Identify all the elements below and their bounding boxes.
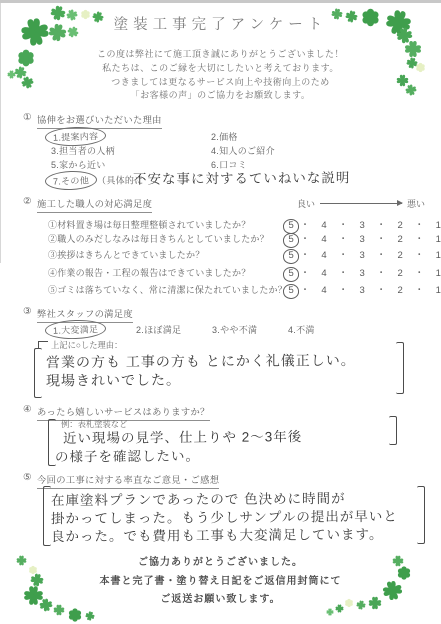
right-bracket bbox=[389, 416, 397, 445]
rating-5-circled: 5 bbox=[283, 283, 300, 299]
footer-thanks: ご協力ありがとうございました。 本書と完了書・塗り替え日記をご返信用封筒にて ご… bbox=[0, 554, 441, 610]
handwritten-other-reason: 不安な事に対するていねいな説明 bbox=[133, 166, 351, 188]
section-number: ③ bbox=[23, 306, 32, 317]
section-heading: 今回の工事に対する率直なご意見・ご感想 bbox=[37, 472, 219, 489]
scale-good-label: 良い bbox=[297, 197, 315, 210]
option-referral: 4.知人のご紹介 bbox=[211, 144, 275, 157]
rating-5-circled: 5 bbox=[283, 232, 300, 248]
question-greetings: ③挨拶はきちんとできていましたか？ bbox=[48, 248, 204, 261]
handwritten-reason-line: 現場きれいでした。 bbox=[46, 370, 181, 391]
left-bracket bbox=[34, 348, 42, 398]
option-near-home: 5.家から近い bbox=[51, 158, 106, 171]
section-number: ② bbox=[23, 196, 32, 207]
question-material-storage: ①材料置き場は毎日整理整頓されていましたか？ bbox=[48, 218, 250, 231]
section-honest-feedback: ⑤ 今回の工事に対する率直なご意見・ご感想 在庫塗料プランであったので 色決めに… bbox=[0, 472, 441, 550]
survey-scan-page: 塗装工事完了アンケート この度は弊社にて施工頂き誠にありがとうございました！ 私… bbox=[0, 0, 441, 624]
right-bracket bbox=[417, 486, 425, 544]
scan-edge-artifact bbox=[0, 0, 441, 3]
option-mostly-satisfied: 2.ほぼ満足 bbox=[136, 323, 181, 336]
handwritten-service-line: 近い現場の見学、仕上りや 2～3年後 bbox=[63, 425, 302, 447]
footer-line: 本書と完了書・塗り替え日記をご返信用封筒にて bbox=[0, 573, 441, 592]
question-cleanliness: ⑤ゴミは落ちていなく、常に清潔に保たれていましたか？ bbox=[48, 283, 287, 296]
option-very-satisfied-selected: 1.大変満足 bbox=[45, 319, 107, 340]
arrow-right-icon bbox=[320, 203, 402, 204]
page-title: 塗装工事完了アンケート bbox=[0, 13, 441, 34]
clover-icon bbox=[84, 610, 96, 622]
rating-scale-header: 良い 悪い bbox=[297, 197, 425, 210]
section-number: ⑤ bbox=[23, 472, 32, 483]
section-heading: 施工した職人の対応満足度 bbox=[37, 196, 152, 213]
option-dissatisfied: 4.不満 bbox=[288, 323, 315, 336]
option-staff-personality: 3.担当者の人柄 bbox=[51, 144, 115, 157]
reason-label: 上記に○した理由： bbox=[51, 339, 122, 351]
option-other-selected: 7.その他 bbox=[45, 170, 98, 191]
section-desired-services: ④ あったら嬉しいサービスはありますか？ 例：表札塗装など 近い現場の見学、仕上… bbox=[0, 404, 441, 470]
intro-line: この度は弊社にて施工頂き誠にありがとうございました！ bbox=[0, 48, 441, 62]
intro-line: 私たちは、このご縁を大切にしたいと考えております。 bbox=[0, 62, 441, 76]
intro-line: 「お客様の声」のご協力をお願致します。 bbox=[0, 89, 441, 103]
section-staff-satisfaction: ③ 弊社スタッフの満足度 1.大変満足 2.ほぼ満足 3.やや不満 4.不満 上… bbox=[0, 306, 441, 404]
handwritten-feedback-line: 良かった。でも費用も工事も大変満足しています。 bbox=[51, 523, 384, 545]
scale-bad-label: 悪い bbox=[407, 197, 425, 210]
section-worker-satisfaction: ② 施工した職人の対応満足度 良い 悪い ①材料置き場は毎日整理整頓されていまし… bbox=[0, 196, 441, 300]
section-number: ① bbox=[23, 112, 32, 123]
option-somewhat-dissatisfied: 3.やや不満 bbox=[212, 323, 257, 336]
section-reason-for-choosing: ① 協伸をお選びいただいた理由 1.提案内容 2.価格 3.担当者の人柄 4.知… bbox=[0, 112, 441, 196]
rating-5-circled: 5 bbox=[283, 248, 300, 264]
question-work-reports: ④作業の報告・工程の報告はできていましたか？ bbox=[48, 266, 250, 279]
footer-line: ご返送お願い致します。 bbox=[0, 591, 441, 610]
section-number: ④ bbox=[23, 404, 32, 415]
rating-5-circled: 5 bbox=[283, 266, 300, 282]
question-worker-grooming: ②職人のみだしなみは毎日きちんとしていましたか？ bbox=[48, 232, 269, 245]
intro-line: つきましては更なるサービス向上や技術向上のため bbox=[0, 76, 441, 90]
option-price: 2.価格 bbox=[211, 130, 238, 143]
handwritten-service-line: の様子を確認したい。 bbox=[55, 444, 200, 465]
right-bracket bbox=[396, 342, 404, 394]
left-bracket bbox=[43, 486, 51, 546]
footer-line: ご協力ありがとうございました。 bbox=[0, 554, 441, 573]
intro-text: この度は弊社にて施工頂き誠にありがとうございました！ 私たちは、このご縁を大切に… bbox=[0, 48, 441, 103]
handwritten-reason-line: 営業の方も 工事の方も とにかく礼儀正しい。 bbox=[46, 350, 356, 372]
